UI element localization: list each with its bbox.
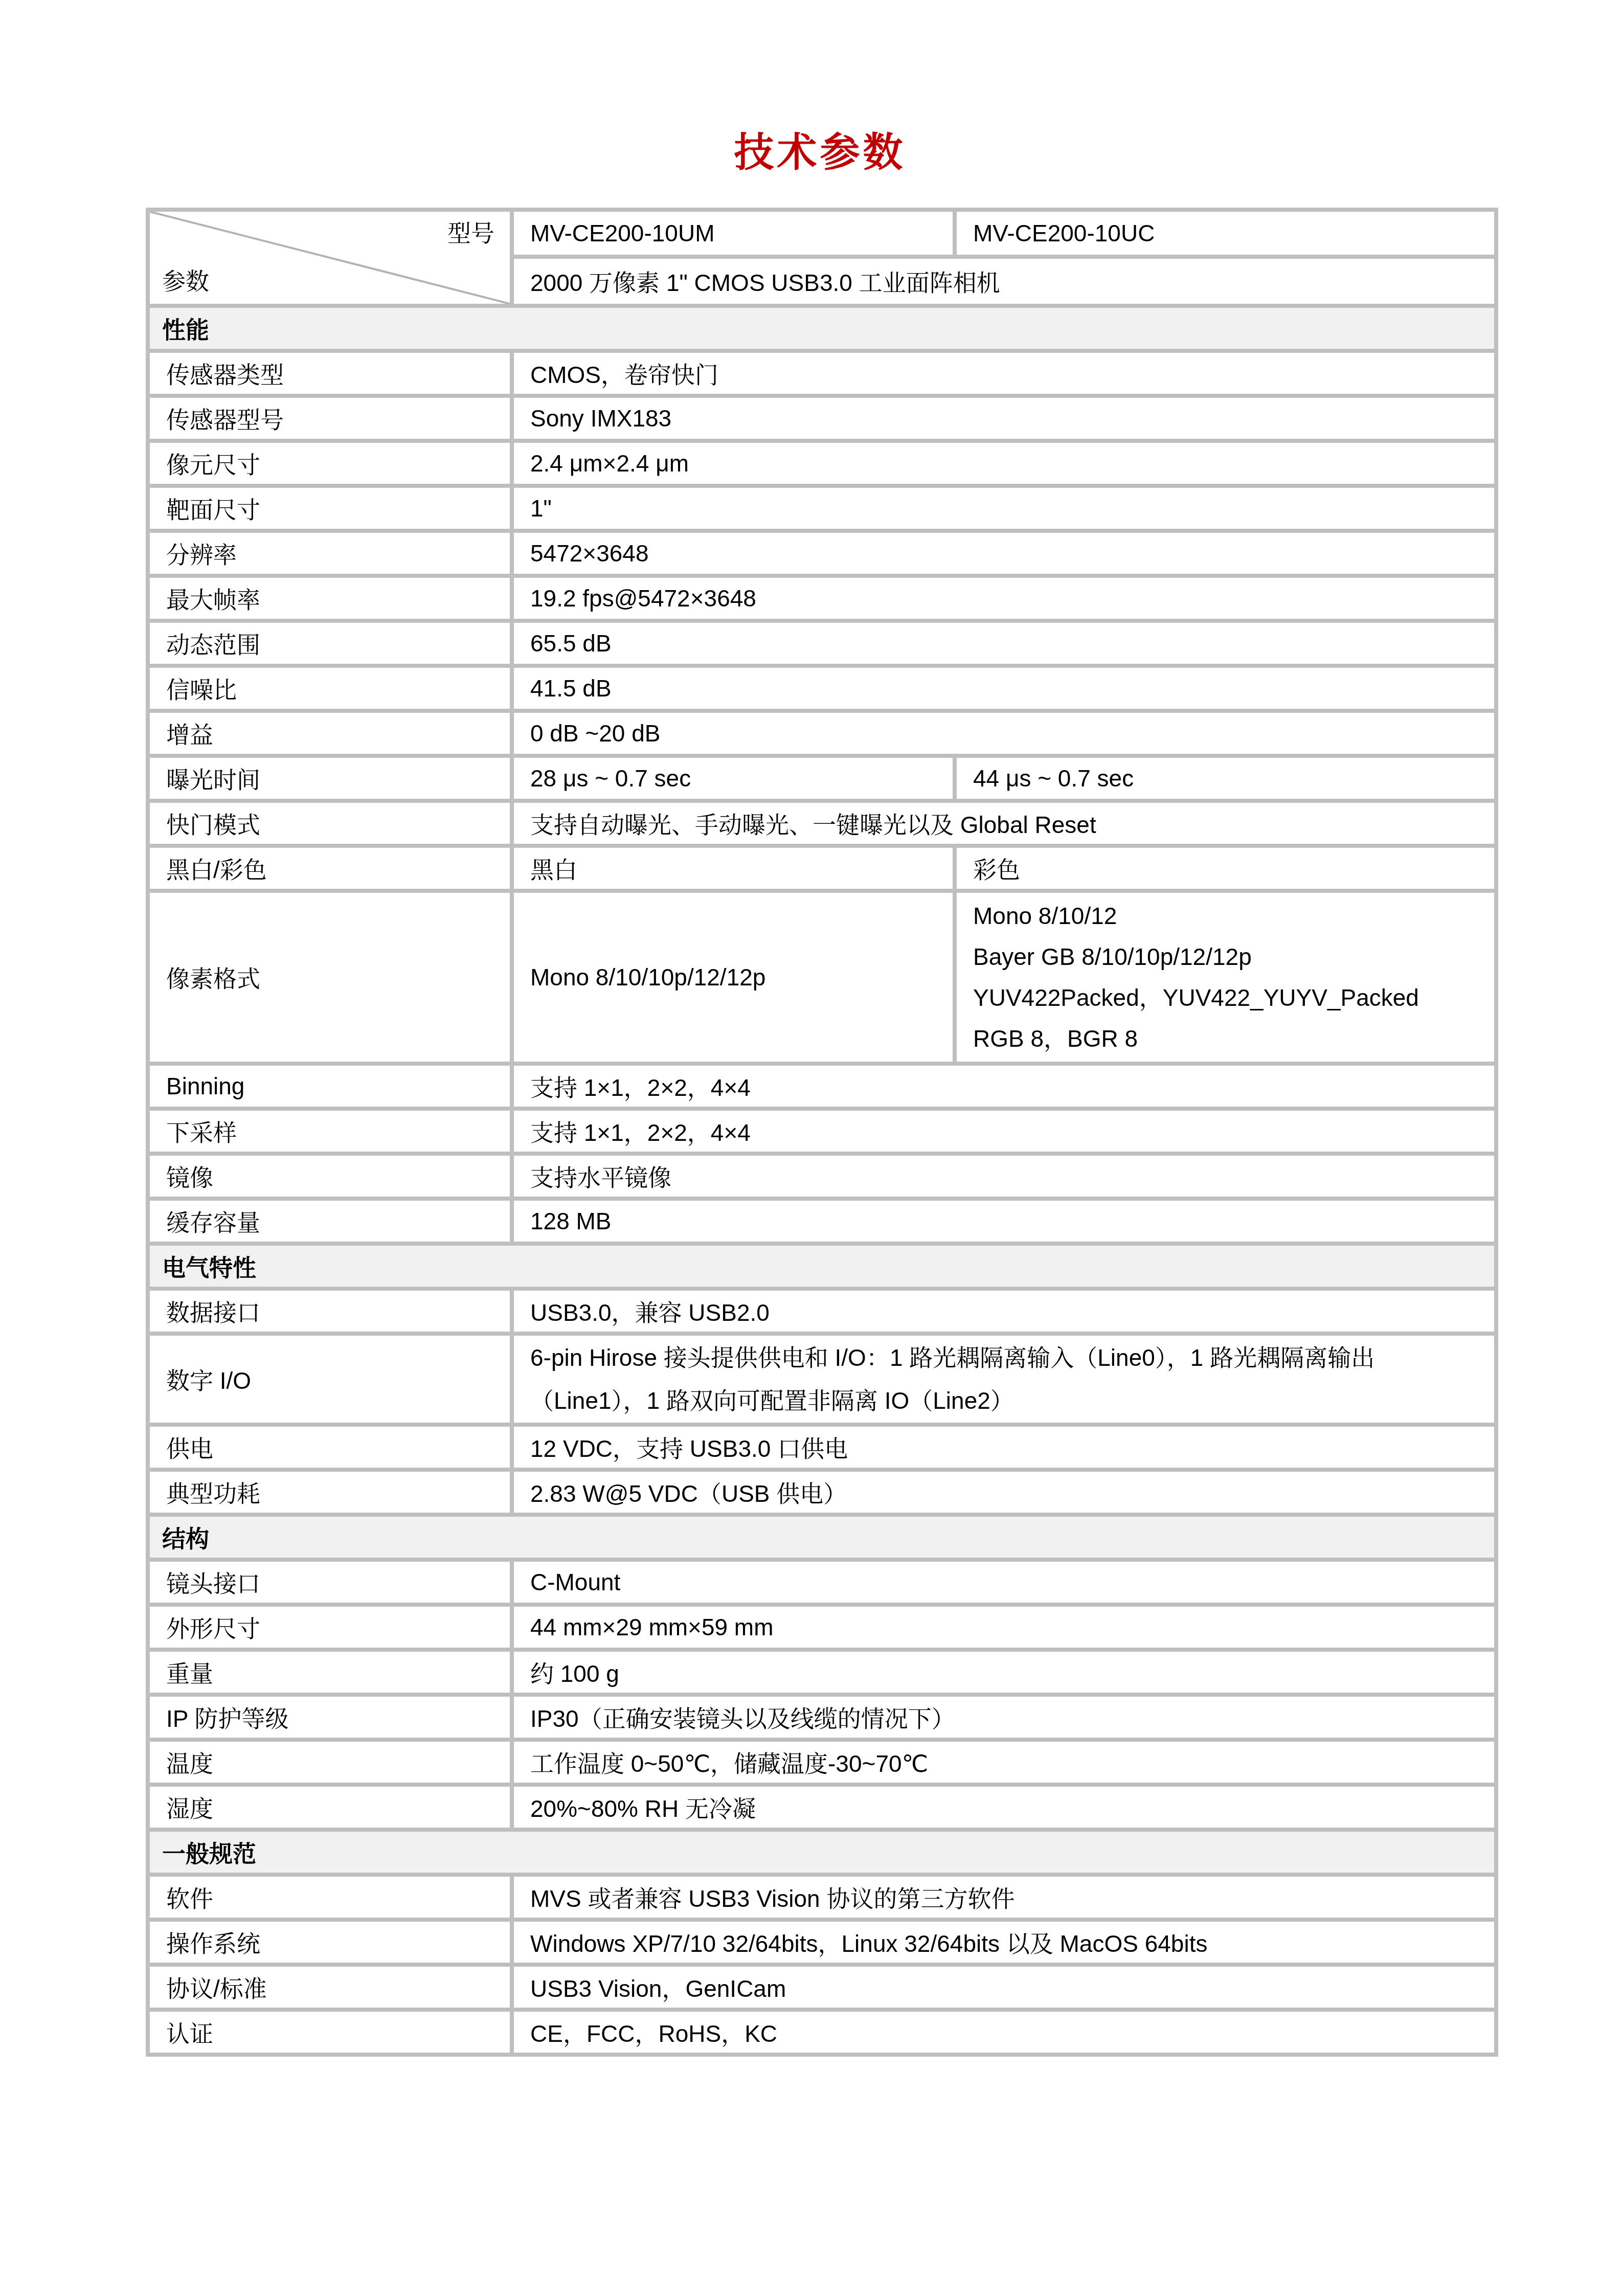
row-label: 靶面尺寸 xyxy=(148,486,512,531)
spec-row: 传感器类型 CMOS，卷帘快门 xyxy=(148,351,1496,396)
row-value: IP30（正确安装镜头以及线缆的情况下） xyxy=(512,1695,1496,1740)
row-label: IP 防护等级 xyxy=(148,1695,512,1740)
row-label: 分辨率 xyxy=(148,531,512,576)
row-label: 协议/标准 xyxy=(148,1965,512,2010)
section-header-row: 电气特性 xyxy=(148,1244,1496,1289)
spec-row: 动态范围 65.5 dB xyxy=(148,621,1496,666)
row-value: 44 mm×29 mm×59 mm xyxy=(512,1605,1496,1650)
section-title: 性能 xyxy=(148,306,1496,351)
row-label: 镜头接口 xyxy=(148,1560,512,1605)
row-value-um: 黑白 xyxy=(512,846,955,891)
section-header-row: 一般规范 xyxy=(148,1830,1496,1875)
spec-row-split: 黑白/彩色 黑白 彩色 xyxy=(148,846,1496,891)
row-label: 典型功耗 xyxy=(148,1470,512,1515)
spec-row: 协议/标准 USB3 Vision，GenICam xyxy=(148,1965,1496,2010)
model-cell-um: MV-CE200-10UM xyxy=(512,210,955,257)
row-label: 认证 xyxy=(148,2010,512,2055)
row-value: 2.83 W@5 VDC（USB 供电） xyxy=(512,1470,1496,1515)
row-value: 65.5 dB xyxy=(512,621,1496,666)
row-value: 工作温度 0~50℃，储藏温度-30~70℃ xyxy=(512,1740,1496,1785)
row-value: 支持水平镜像 xyxy=(512,1154,1496,1199)
spec-row: 缓存容量 128 MB xyxy=(148,1199,1496,1244)
spec-row: 最大帧率 19.2 fps@5472×3648 xyxy=(148,576,1496,621)
spec-row: 湿度 20%~80% RH 无冷凝 xyxy=(148,1785,1496,1830)
spec-table: 型号 参数 MV-CE200-10UM MV-CE200-10UC 2000 万… xyxy=(146,208,1498,2057)
pixel-format-line: YUV422Packed，YUV422_YUYV_Packed xyxy=(973,977,1488,1018)
row-value: 约 100 g xyxy=(512,1650,1496,1695)
pixel-format-line: Mono 8/10/12 xyxy=(973,895,1488,936)
title-container: 技术参数 xyxy=(146,0,1494,178)
row-label: 操作系统 xyxy=(148,1920,512,1965)
row-label: 快门模式 xyxy=(148,801,512,846)
pixel-format-line: Bayer GB 8/10/10p/12/12p xyxy=(973,936,1488,977)
row-label: 温度 xyxy=(148,1740,512,1785)
row-value: 2.4 μm×2.4 μm xyxy=(512,441,1496,486)
row-value-uc: 彩色 xyxy=(955,846,1496,891)
spec-row: 认证 CE，FCC，RoHS，KC xyxy=(148,2010,1496,2055)
row-value: Sony IMX183 xyxy=(512,396,1496,441)
row-value: 支持 1×1，2×2，4×4 xyxy=(512,1109,1496,1154)
row-value: 20%~80% RH 无冷凝 xyxy=(512,1785,1496,1830)
corner-param-label: 参数 xyxy=(162,259,209,304)
row-label: 像元尺寸 xyxy=(148,441,512,486)
spec-row: 外形尺寸 44 mm×29 mm×59 mm xyxy=(148,1605,1496,1650)
spec-row: Binning 支持 1×1，2×2，4×4 xyxy=(148,1064,1496,1109)
spec-row-pixel-format: 像素格式 Mono 8/10/10p/12/12p Mono 8/10/12 B… xyxy=(148,891,1496,1064)
row-value: USB3.0，兼容 USB2.0 xyxy=(512,1289,1496,1334)
row-value-uc: 44 μs ~ 0.7 sec xyxy=(955,756,1496,801)
spec-row: 供电 12 VDC，支持 USB3.0 口供电 xyxy=(148,1425,1496,1470)
spec-row: 温度 工作温度 0~50℃，储藏温度-30~70℃ xyxy=(148,1740,1496,1785)
model-cell-uc: MV-CE200-10UC xyxy=(955,210,1496,257)
row-value: C-Mount xyxy=(512,1560,1496,1605)
spec-row: 快门模式 支持自动曝光、手动曝光、一键曝光以及 Global Reset xyxy=(148,801,1496,846)
row-value: 41.5 dB xyxy=(512,666,1496,711)
spec-row: 镜头接口 C-Mount xyxy=(148,1560,1496,1605)
row-value: 19.2 fps@5472×3648 xyxy=(512,576,1496,621)
section-title: 结构 xyxy=(148,1515,1496,1560)
spec-row: 镜像 支持水平镜像 xyxy=(148,1154,1496,1199)
row-label: Binning xyxy=(148,1064,512,1109)
row-value: 支持 1×1，2×2，4×4 xyxy=(512,1064,1496,1109)
row-label: 最大帧率 xyxy=(148,576,512,621)
row-value-um: 28 μs ~ 0.7 sec xyxy=(512,756,955,801)
row-label: 像素格式 xyxy=(148,891,512,1064)
spec-row-digital-io: 数字 I/O 6-pin Hirose 接头提供供电和 I/O：1 路光耦隔离输… xyxy=(148,1334,1496,1425)
spec-row: 像元尺寸 2.4 μm×2.4 μm xyxy=(148,441,1496,486)
row-label: 传感器类型 xyxy=(148,351,512,396)
spec-row: 下采样 支持 1×1，2×2，4×4 xyxy=(148,1109,1496,1154)
spec-row: 软件 MVS 或者兼容 USB3 Vision 协议的第三方软件 xyxy=(148,1875,1496,1920)
spec-row: 操作系统 Windows XP/7/10 32/64bits，Linux 32/… xyxy=(148,1920,1496,1965)
row-value: 5472×3648 xyxy=(512,531,1496,576)
section-header-row: 结构 xyxy=(148,1515,1496,1560)
row-value: CMOS，卷帘快门 xyxy=(512,351,1496,396)
corner-model-label: 型号 xyxy=(447,212,494,255)
section-title: 电气特性 xyxy=(148,1244,1496,1289)
spec-row: 增益 0 dB ~20 dB xyxy=(148,711,1496,756)
spec-row: 典型功耗 2.83 W@5 VDC（USB 供电） xyxy=(148,1470,1496,1515)
row-value-uc: Mono 8/10/12 Bayer GB 8/10/10p/12/12p YU… xyxy=(955,891,1496,1064)
row-value: Windows XP/7/10 32/64bits，Linux 32/64bit… xyxy=(512,1920,1496,1965)
row-label: 传感器型号 xyxy=(148,396,512,441)
row-label: 数据接口 xyxy=(148,1289,512,1334)
description-cell: 2000 万像素 1" CMOS USB3.0 工业面阵相机 xyxy=(512,257,1496,306)
spec-row: 靶面尺寸 1" xyxy=(148,486,1496,531)
row-value: 128 MB xyxy=(512,1199,1496,1244)
row-label: 曝光时间 xyxy=(148,756,512,801)
spec-row: 数据接口 USB3.0，兼容 USB2.0 xyxy=(148,1289,1496,1334)
datasheet-page: { "title": "技术参数", "colors": { "title_re… xyxy=(0,0,1624,2296)
row-label: 重量 xyxy=(148,1650,512,1695)
row-label: 黑白/彩色 xyxy=(148,846,512,891)
row-label: 镜像 xyxy=(148,1154,512,1199)
row-value: 6-pin Hirose 接头提供供电和 I/O：1 路光耦隔离输入（Line0… xyxy=(512,1334,1496,1425)
row-value: 12 VDC，支持 USB3.0 口供电 xyxy=(512,1425,1496,1470)
spec-row: 信噪比 41.5 dB xyxy=(148,666,1496,711)
row-value: 0 dB ~20 dB xyxy=(512,711,1496,756)
row-label: 供电 xyxy=(148,1425,512,1470)
row-label: 数字 I/O xyxy=(148,1334,512,1425)
row-value: 1" xyxy=(512,486,1496,531)
spec-row: 传感器型号 Sony IMX183 xyxy=(148,396,1496,441)
row-label: 增益 xyxy=(148,711,512,756)
spec-row: 重量 约 100 g xyxy=(148,1650,1496,1695)
row-value: MVS 或者兼容 USB3 Vision 协议的第三方软件 xyxy=(512,1875,1496,1920)
section-header-row: 性能 xyxy=(148,306,1496,351)
row-value: USB3 Vision，GenICam xyxy=(512,1965,1496,2010)
header-corner-cell: 型号 参数 xyxy=(148,210,512,306)
row-label: 信噪比 xyxy=(148,666,512,711)
row-label: 动态范围 xyxy=(148,621,512,666)
row-label: 缓存容量 xyxy=(148,1199,512,1244)
section-title: 一般规范 xyxy=(148,1830,1496,1875)
page-title: 技术参数 xyxy=(734,130,906,175)
row-label: 外形尺寸 xyxy=(148,1605,512,1650)
row-label: 下采样 xyxy=(148,1109,512,1154)
row-value: CE，FCC，RoHS，KC xyxy=(512,2010,1496,2055)
spec-row: 分辨率 5472×3648 xyxy=(148,531,1496,576)
row-label: 湿度 xyxy=(148,1785,512,1830)
row-value-um: Mono 8/10/10p/12/12p xyxy=(512,891,955,1064)
header-row-models: 型号 参数 MV-CE200-10UM MV-CE200-10UC xyxy=(148,210,1496,257)
spec-row: IP 防护等级 IP30（正确安装镜头以及线缆的情况下） xyxy=(148,1695,1496,1740)
spec-row-split: 曝光时间 28 μs ~ 0.7 sec 44 μs ~ 0.7 sec xyxy=(148,756,1496,801)
row-label: 软件 xyxy=(148,1875,512,1920)
row-value: 支持自动曝光、手动曝光、一键曝光以及 Global Reset xyxy=(512,801,1496,846)
pixel-format-line: RGB 8，BGR 8 xyxy=(973,1018,1488,1059)
